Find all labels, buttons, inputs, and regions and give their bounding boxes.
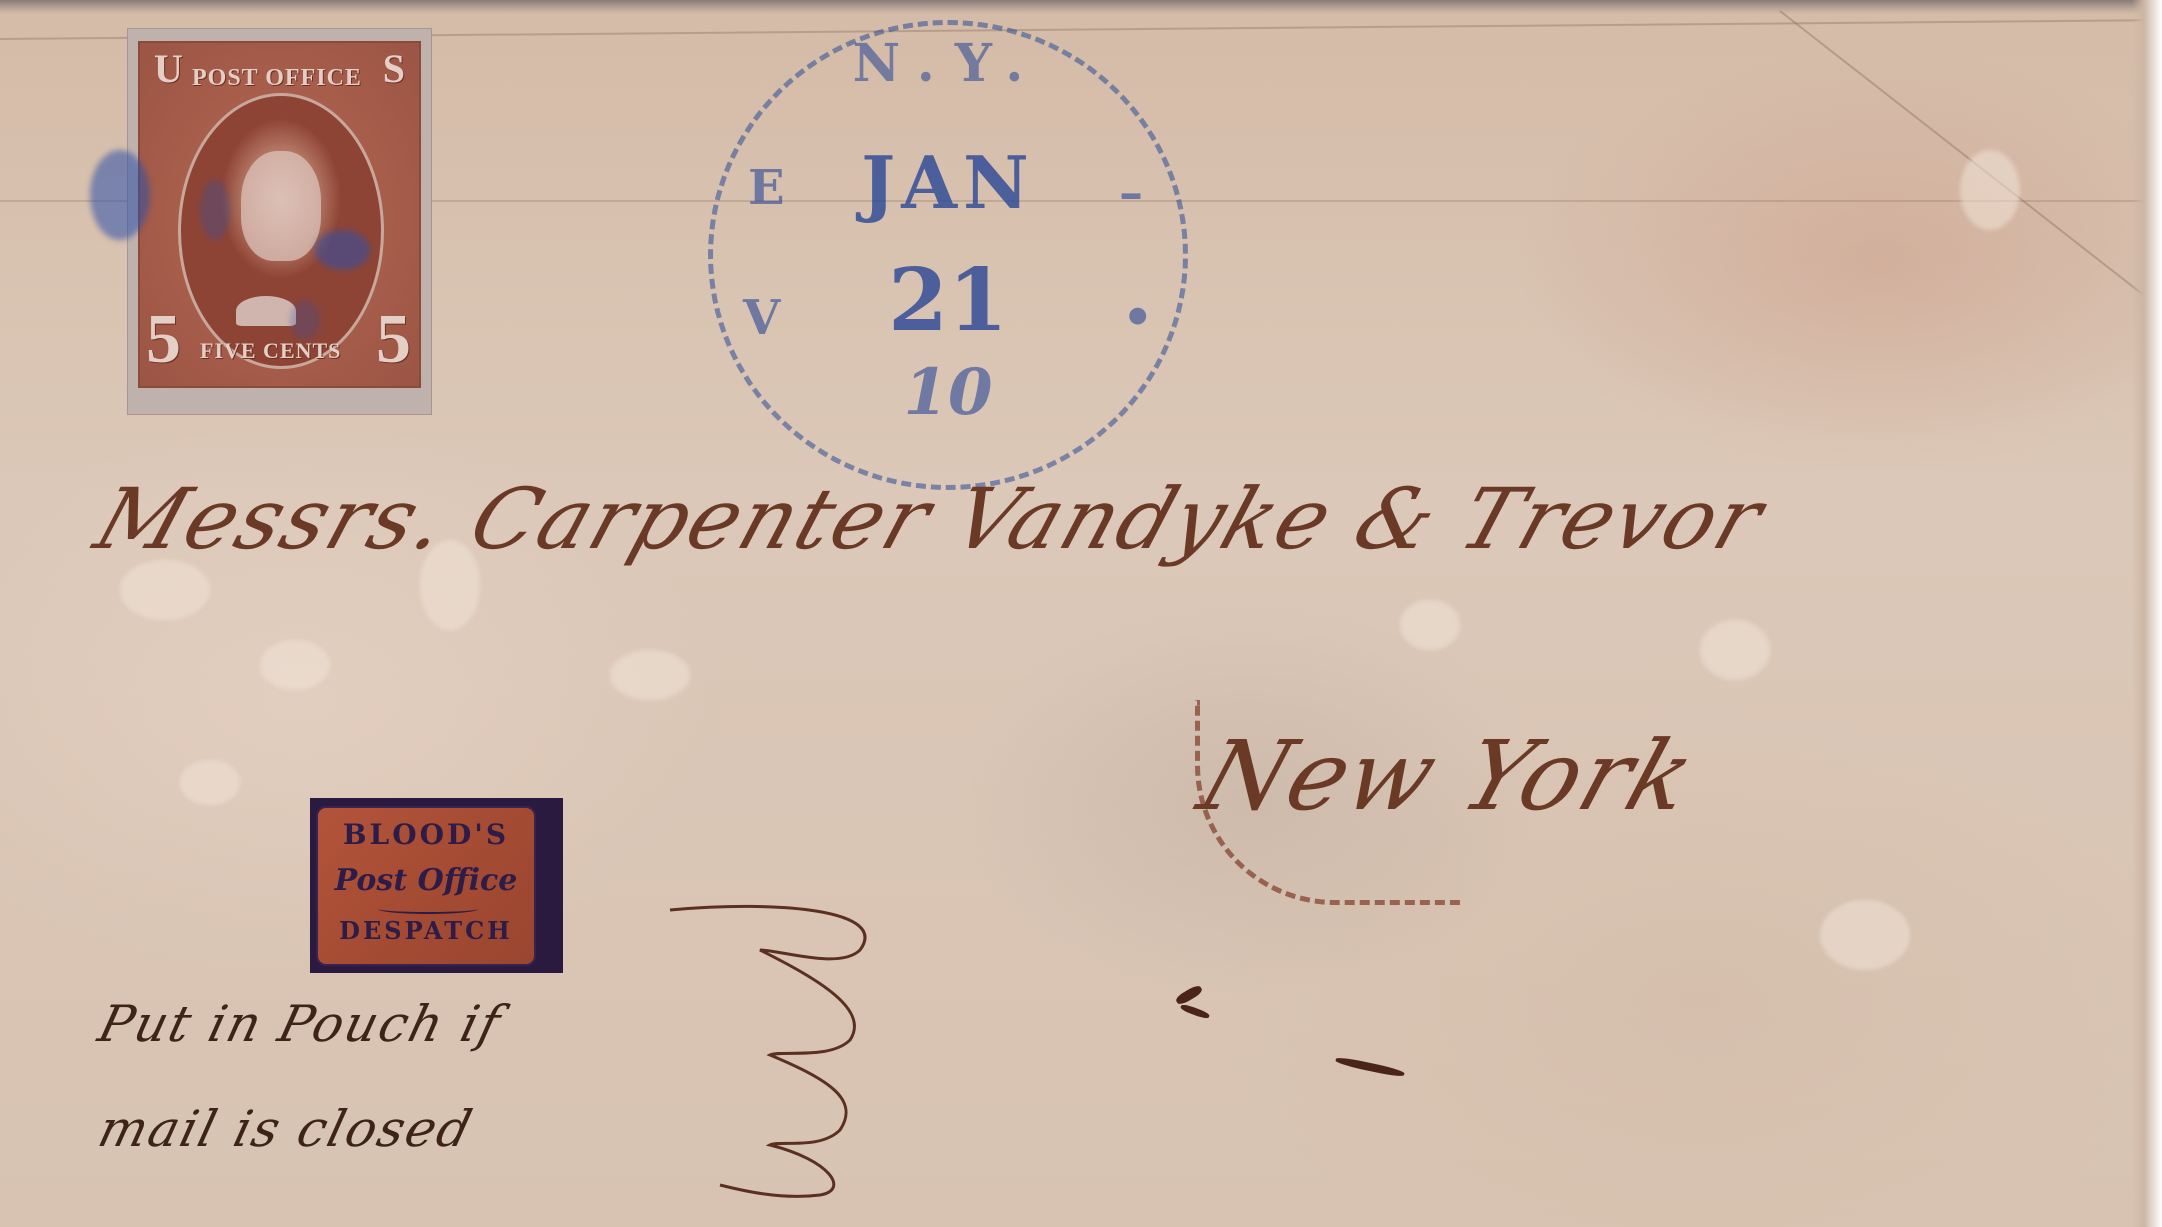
stain bbox=[1700, 620, 1770, 680]
cancel-mark bbox=[90, 150, 150, 240]
postmark-rate: 10 bbox=[713, 355, 1183, 430]
address-city: New York bbox=[1187, 720, 1710, 832]
stamp-frame: U S POST OFFICE FIVE CENTS 5 5 bbox=[138, 41, 421, 388]
note-line2: mail is closed bbox=[93, 1100, 479, 1158]
franklin-stamp: U S POST OFFICE FIVE CENTS 5 5 bbox=[127, 28, 432, 415]
stamp-denomination-text: FIVE CENTS bbox=[200, 338, 341, 364]
bloods-stamp-line3: DESPATCH bbox=[318, 916, 534, 945]
stamp-numeral-left: 5 bbox=[146, 300, 181, 380]
postmark-side-mark: V bbox=[743, 290, 780, 346]
postmark-day: 21 bbox=[713, 250, 1183, 351]
bloods-stamp-swash bbox=[378, 904, 478, 914]
bloods-stamp-line1: BLOOD'S bbox=[318, 818, 534, 851]
portrait-collar bbox=[236, 296, 296, 326]
postmark-side-mark: – bbox=[1119, 165, 1143, 221]
stain bbox=[610, 650, 690, 700]
stain bbox=[260, 640, 330, 690]
stamp-header: POST OFFICE bbox=[192, 65, 362, 92]
address-recipient: Messrs. Carpenter Vandyke & Trevor bbox=[84, 470, 1776, 568]
bloods-stamp-line2: Post Office bbox=[318, 863, 534, 898]
postmark-side-mark: E bbox=[748, 160, 785, 216]
stain bbox=[1960, 150, 2020, 230]
stain bbox=[180, 760, 240, 805]
stain bbox=[1400, 600, 1460, 650]
portrait-face bbox=[241, 151, 321, 261]
stamp-numeral-right: 5 bbox=[376, 300, 411, 380]
stain bbox=[120, 560, 210, 620]
postmark-city: N.Y. bbox=[713, 33, 1183, 94]
stain bbox=[1820, 900, 1910, 970]
bloods-stamp-inner: BLOOD'S Post Office DESPATCH bbox=[316, 806, 536, 966]
cancel-mark bbox=[200, 180, 230, 240]
cancel-mark bbox=[290, 300, 320, 340]
right-edge bbox=[2132, 0, 2162, 1227]
note-line1: Put in Pouch if bbox=[93, 995, 508, 1053]
top-edge bbox=[0, 0, 2162, 14]
circular-date-postmark: N.Y. JAN 21 10 E V – • bbox=[708, 20, 1188, 490]
cancel-mark bbox=[315, 230, 370, 270]
postmark-side-mark: • bbox=[1122, 290, 1153, 346]
stamp-letter-u: U bbox=[154, 45, 183, 92]
flourish-mark bbox=[660, 900, 900, 1200]
bloods-despatch-stamp: BLOOD'S Post Office DESPATCH bbox=[310, 798, 563, 973]
stamp-letter-s: S bbox=[383, 45, 405, 92]
